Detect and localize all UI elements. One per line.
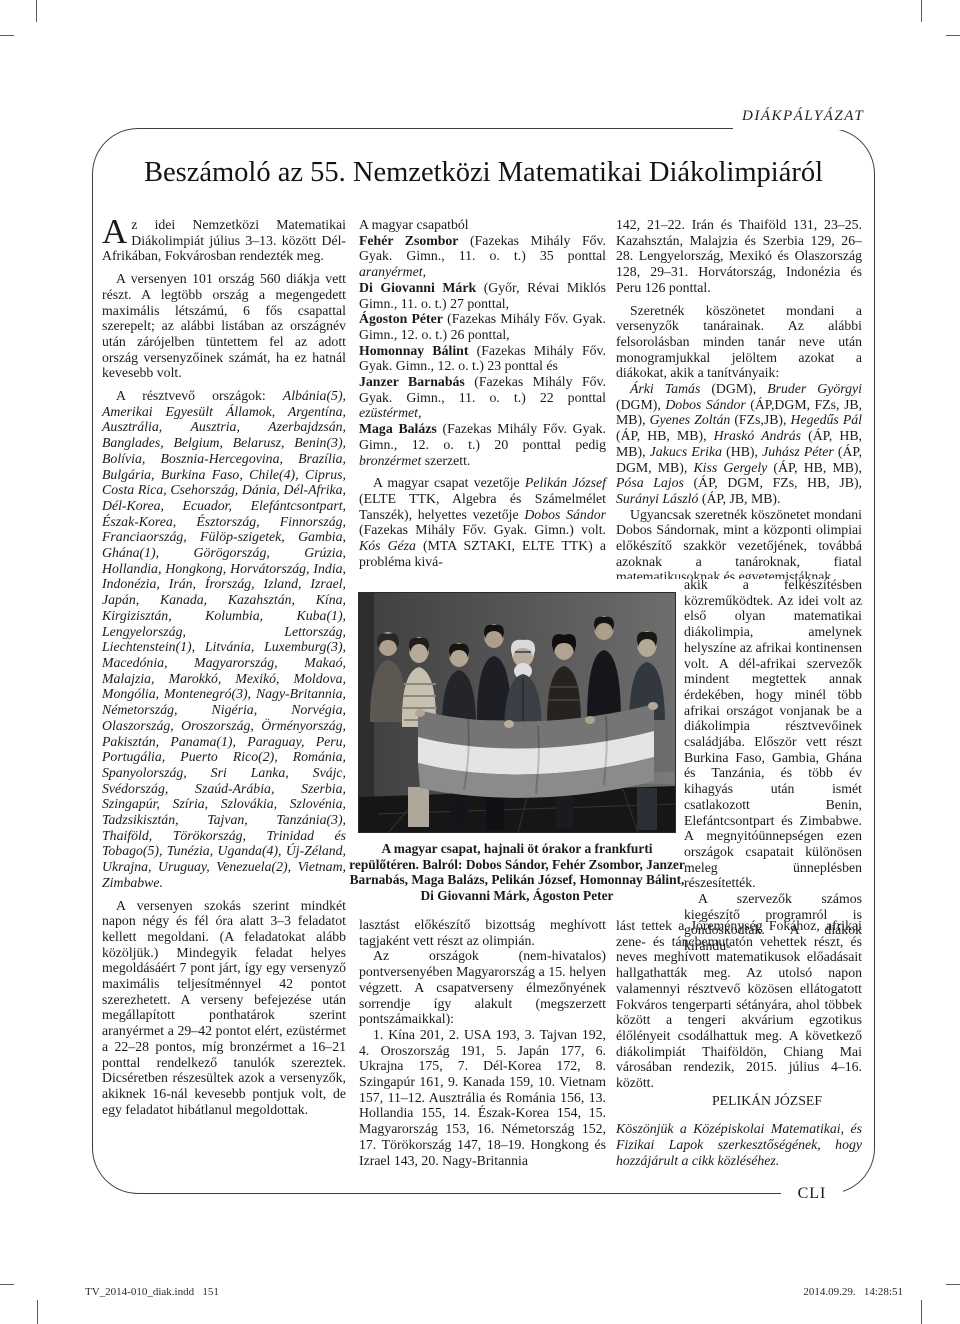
- photo-caption: A magyar csapat, hajnali öt órakor a fra…: [346, 841, 688, 903]
- paragraph-text: z idei Nemzetközi Matematikai Diákolimpi…: [102, 217, 346, 263]
- paragraph: lást tettek a Jóreménység Fokához, afrik…: [616, 918, 862, 1091]
- team-member: Maga Balázs (Fazekas Mihály Főv. Gyak. G…: [359, 421, 606, 468]
- paragraph-teachers: Árki Tamás (DGM), Bruder Györgyi (DGM), …: [616, 381, 862, 507]
- footer-timestamp: 2014.09.29. 14:28:51: [803, 1286, 903, 1298]
- column-1: Az idei Nemzetközi Matematikai Diákolimp…: [102, 217, 346, 1117]
- drop-cap: A: [102, 218, 127, 246]
- author-signature: PELIKÁN JÓZSEF: [616, 1093, 862, 1109]
- crop-mark: [921, 1300, 922, 1324]
- column-3-bottom: lást tettek a Jóreménység Fokához, afrik…: [616, 918, 862, 1169]
- column-2-bottom: lasztást előkészítő bizottság meghívott …: [359, 917, 606, 1168]
- crop-mark: [0, 35, 14, 36]
- team-photo: [358, 592, 676, 833]
- team-member: Di Giovanni Márk (Győr, Révai Miklós Gim…: [359, 280, 606, 311]
- team-member: Janzer Barnabás (Fazekas Mihály Főv. Gya…: [359, 374, 606, 421]
- team-intro: A magyar csapatból: [359, 217, 606, 233]
- journal-page: DIÁKPÁLYÁZAT Beszámoló az 55. Nemzetközi…: [0, 0, 960, 1324]
- page-number: CLI: [781, 1183, 843, 1205]
- column-3-narrow: akik a felkészítésben közreműködtek. Az …: [684, 577, 862, 954]
- footer-filename: TV_2014-010_diak.indd 151: [85, 1286, 219, 1298]
- article-title: Beszámoló az 55. Nemzetközi Matematikai …: [92, 156, 875, 190]
- closing-note: Köszönjük a Középiskolai Matematikai, és…: [616, 1121, 862, 1168]
- crop-mark: [921, 0, 922, 22]
- paragraph: Az országok (nem-hivatalos) pontversenyé…: [359, 948, 606, 1027]
- paragraph: Ugyancsak szeretnék köszönetet mondani D…: [616, 507, 862, 579]
- team-member: Homonnay Bálint (Fazekas Mihály Főv. Gya…: [359, 343, 606, 374]
- paragraph: A versenyen szokás szerint mindkét napon…: [102, 898, 346, 1118]
- paragraph: Szeretnék köszönetet mondani a versenyző…: [616, 303, 862, 382]
- paragraph-leaders: A magyar csapat vezetője Pelikán József …: [359, 475, 606, 569]
- paragraph: akik a felkészítésben közreműködtek. Az …: [684, 577, 862, 891]
- section-kicker: DIÁKPÁLYÁZAT: [733, 103, 873, 130]
- paragraph-rankings: 1. Kína 201, 2. USA 193, 3. Tajvan 192, …: [359, 1027, 606, 1168]
- paragraph: A versenyen 101 ország 560 diákja vett r…: [102, 271, 346, 381]
- column-3-top: 142, 21–22. Irán és Thaiföld 131, 23–25.…: [616, 217, 862, 579]
- paragraph-country-list: A résztvevő országok: Albánia(5), Amerik…: [102, 388, 346, 891]
- paragraph-rankings: 142, 21–22. Irán és Thaiföld 131, 23–25.…: [616, 217, 862, 296]
- paragraph: Az idei Nemzetközi Matematikai Diákolimp…: [102, 217, 346, 264]
- crop-mark: [36, 0, 37, 22]
- team-member: Fehér Zsombor (Fazekas Mihály Főv. Gyak.…: [359, 233, 606, 280]
- crop-mark: [37, 1300, 38, 1324]
- paragraph: lasztást előkészítő bizottság meghívott …: [359, 917, 606, 948]
- team-member: Ágoston Péter (Fazekas Mihály Főv. Gyak.…: [359, 311, 606, 342]
- crop-mark: [946, 35, 960, 36]
- crop-mark: [0, 1284, 14, 1285]
- column-2-top: A magyar csapatból Fehér Zsombor (Fazeka…: [359, 217, 606, 569]
- crop-mark: [946, 1284, 960, 1285]
